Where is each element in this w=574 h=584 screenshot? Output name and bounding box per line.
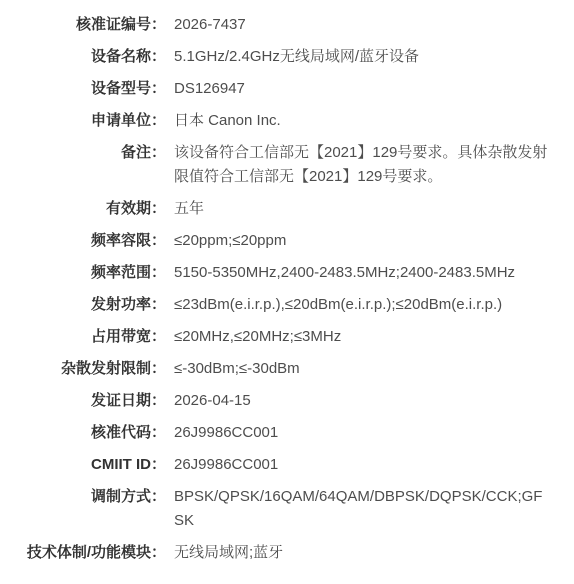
field-label-frequency-range: 频率范围：	[0, 261, 166, 285]
certification-record: 核准证编号： 2026-7437 设备名称： 5.1GHz/2.4GHz无线局域…	[0, 0, 574, 565]
field-label-applicant: 申请单位：	[0, 109, 166, 133]
field-label-approval-code: 核准代码：	[0, 421, 166, 445]
field-label-spurious-emission-limit: 杂散发射限制：	[0, 357, 166, 381]
field-row-modulation: 调制方式： BPSK/QPSK/16QAM/64QAM/DBPSK/DQPSK/…	[0, 485, 550, 533]
field-value-device-model: DS126947	[174, 77, 550, 101]
field-value-tech-system-function-module: 无线局域网;蓝牙	[174, 541, 550, 565]
field-row-frequency-range: 频率范围： 5150-5350MHz,2400-2483.5MHz;2400-2…	[0, 261, 550, 285]
field-value-issue-date: 2026-04-15	[174, 389, 550, 413]
field-value-device-name: 5.1GHz/2.4GHz无线局域网/蓝牙设备	[174, 45, 550, 69]
field-value-modulation: BPSK/QPSK/16QAM/64QAM/DBPSK/DQPSK/CCK;GF…	[174, 485, 550, 533]
field-label-device-name: 设备名称：	[0, 45, 166, 69]
field-value-applicant: 日本 Canon Inc.	[174, 109, 550, 133]
field-row-validity-period: 有效期： 五年	[0, 197, 550, 221]
field-label-device-model: 设备型号：	[0, 77, 166, 101]
field-value-cmiit-id: 26J9986CC001	[174, 453, 550, 477]
field-label-frequency-tolerance: 频率容限：	[0, 229, 166, 253]
field-row-spurious-emission-limit: 杂散发射限制： ≤-30dBm;≤-30dBm	[0, 357, 550, 381]
field-row-occupied-bandwidth: 占用带宽： ≤20MHz,≤20MHz;≤3MHz	[0, 325, 550, 349]
field-value-validity-period: 五年	[174, 197, 550, 221]
field-label-approval-cert-number: 核准证编号：	[0, 13, 166, 37]
field-row-issue-date: 发证日期： 2026-04-15	[0, 389, 550, 413]
field-value-frequency-tolerance: ≤20ppm;≤20ppm	[174, 229, 550, 253]
field-row-approval-cert-number: 核准证编号： 2026-7437	[0, 13, 550, 37]
field-row-frequency-tolerance: 频率容限： ≤20ppm;≤20ppm	[0, 229, 550, 253]
field-row-remarks: 备注： 该设备符合工信部无【2021】129号要求。具体杂散发射限值符合工信部无…	[0, 141, 550, 189]
field-row-transmit-power: 发射功率： ≤23dBm(e.i.r.p.),≤20dBm(e.i.r.p.);…	[0, 293, 550, 317]
field-label-modulation: 调制方式：	[0, 485, 166, 509]
field-label-remarks: 备注：	[0, 141, 166, 165]
field-value-approval-cert-number: 2026-7437	[174, 13, 550, 37]
field-value-transmit-power: ≤23dBm(e.i.r.p.),≤20dBm(e.i.r.p.);≤20dBm…	[174, 293, 550, 317]
field-row-device-model: 设备型号： DS126947	[0, 77, 550, 101]
field-label-issue-date: 发证日期：	[0, 389, 166, 413]
field-label-occupied-bandwidth: 占用带宽：	[0, 325, 166, 349]
field-row-device-name: 设备名称： 5.1GHz/2.4GHz无线局域网/蓝牙设备	[0, 45, 550, 69]
field-label-transmit-power: 发射功率：	[0, 293, 166, 317]
field-label-tech-system-function-module: 技术体制/功能模块：	[0, 541, 166, 565]
field-row-cmiit-id: CMIIT ID： 26J9986CC001	[0, 453, 550, 477]
field-value-frequency-range: 5150-5350MHz,2400-2483.5MHz;2400-2483.5M…	[174, 261, 550, 285]
field-value-spurious-emission-limit: ≤-30dBm;≤-30dBm	[174, 357, 550, 381]
field-value-approval-code: 26J9986CC001	[174, 421, 550, 445]
field-row-applicant: 申请单位： 日本 Canon Inc.	[0, 109, 550, 133]
field-row-approval-code: 核准代码： 26J9986CC001	[0, 421, 550, 445]
field-value-occupied-bandwidth: ≤20MHz,≤20MHz;≤3MHz	[174, 325, 550, 349]
field-label-validity-period: 有效期：	[0, 197, 166, 221]
field-row-tech-system-function-module: 技术体制/功能模块： 无线局域网;蓝牙	[0, 541, 550, 565]
field-value-remarks: 该设备符合工信部无【2021】129号要求。具体杂散发射限值符合工信部无【202…	[174, 141, 550, 189]
field-label-cmiit-id: CMIIT ID：	[0, 453, 166, 477]
